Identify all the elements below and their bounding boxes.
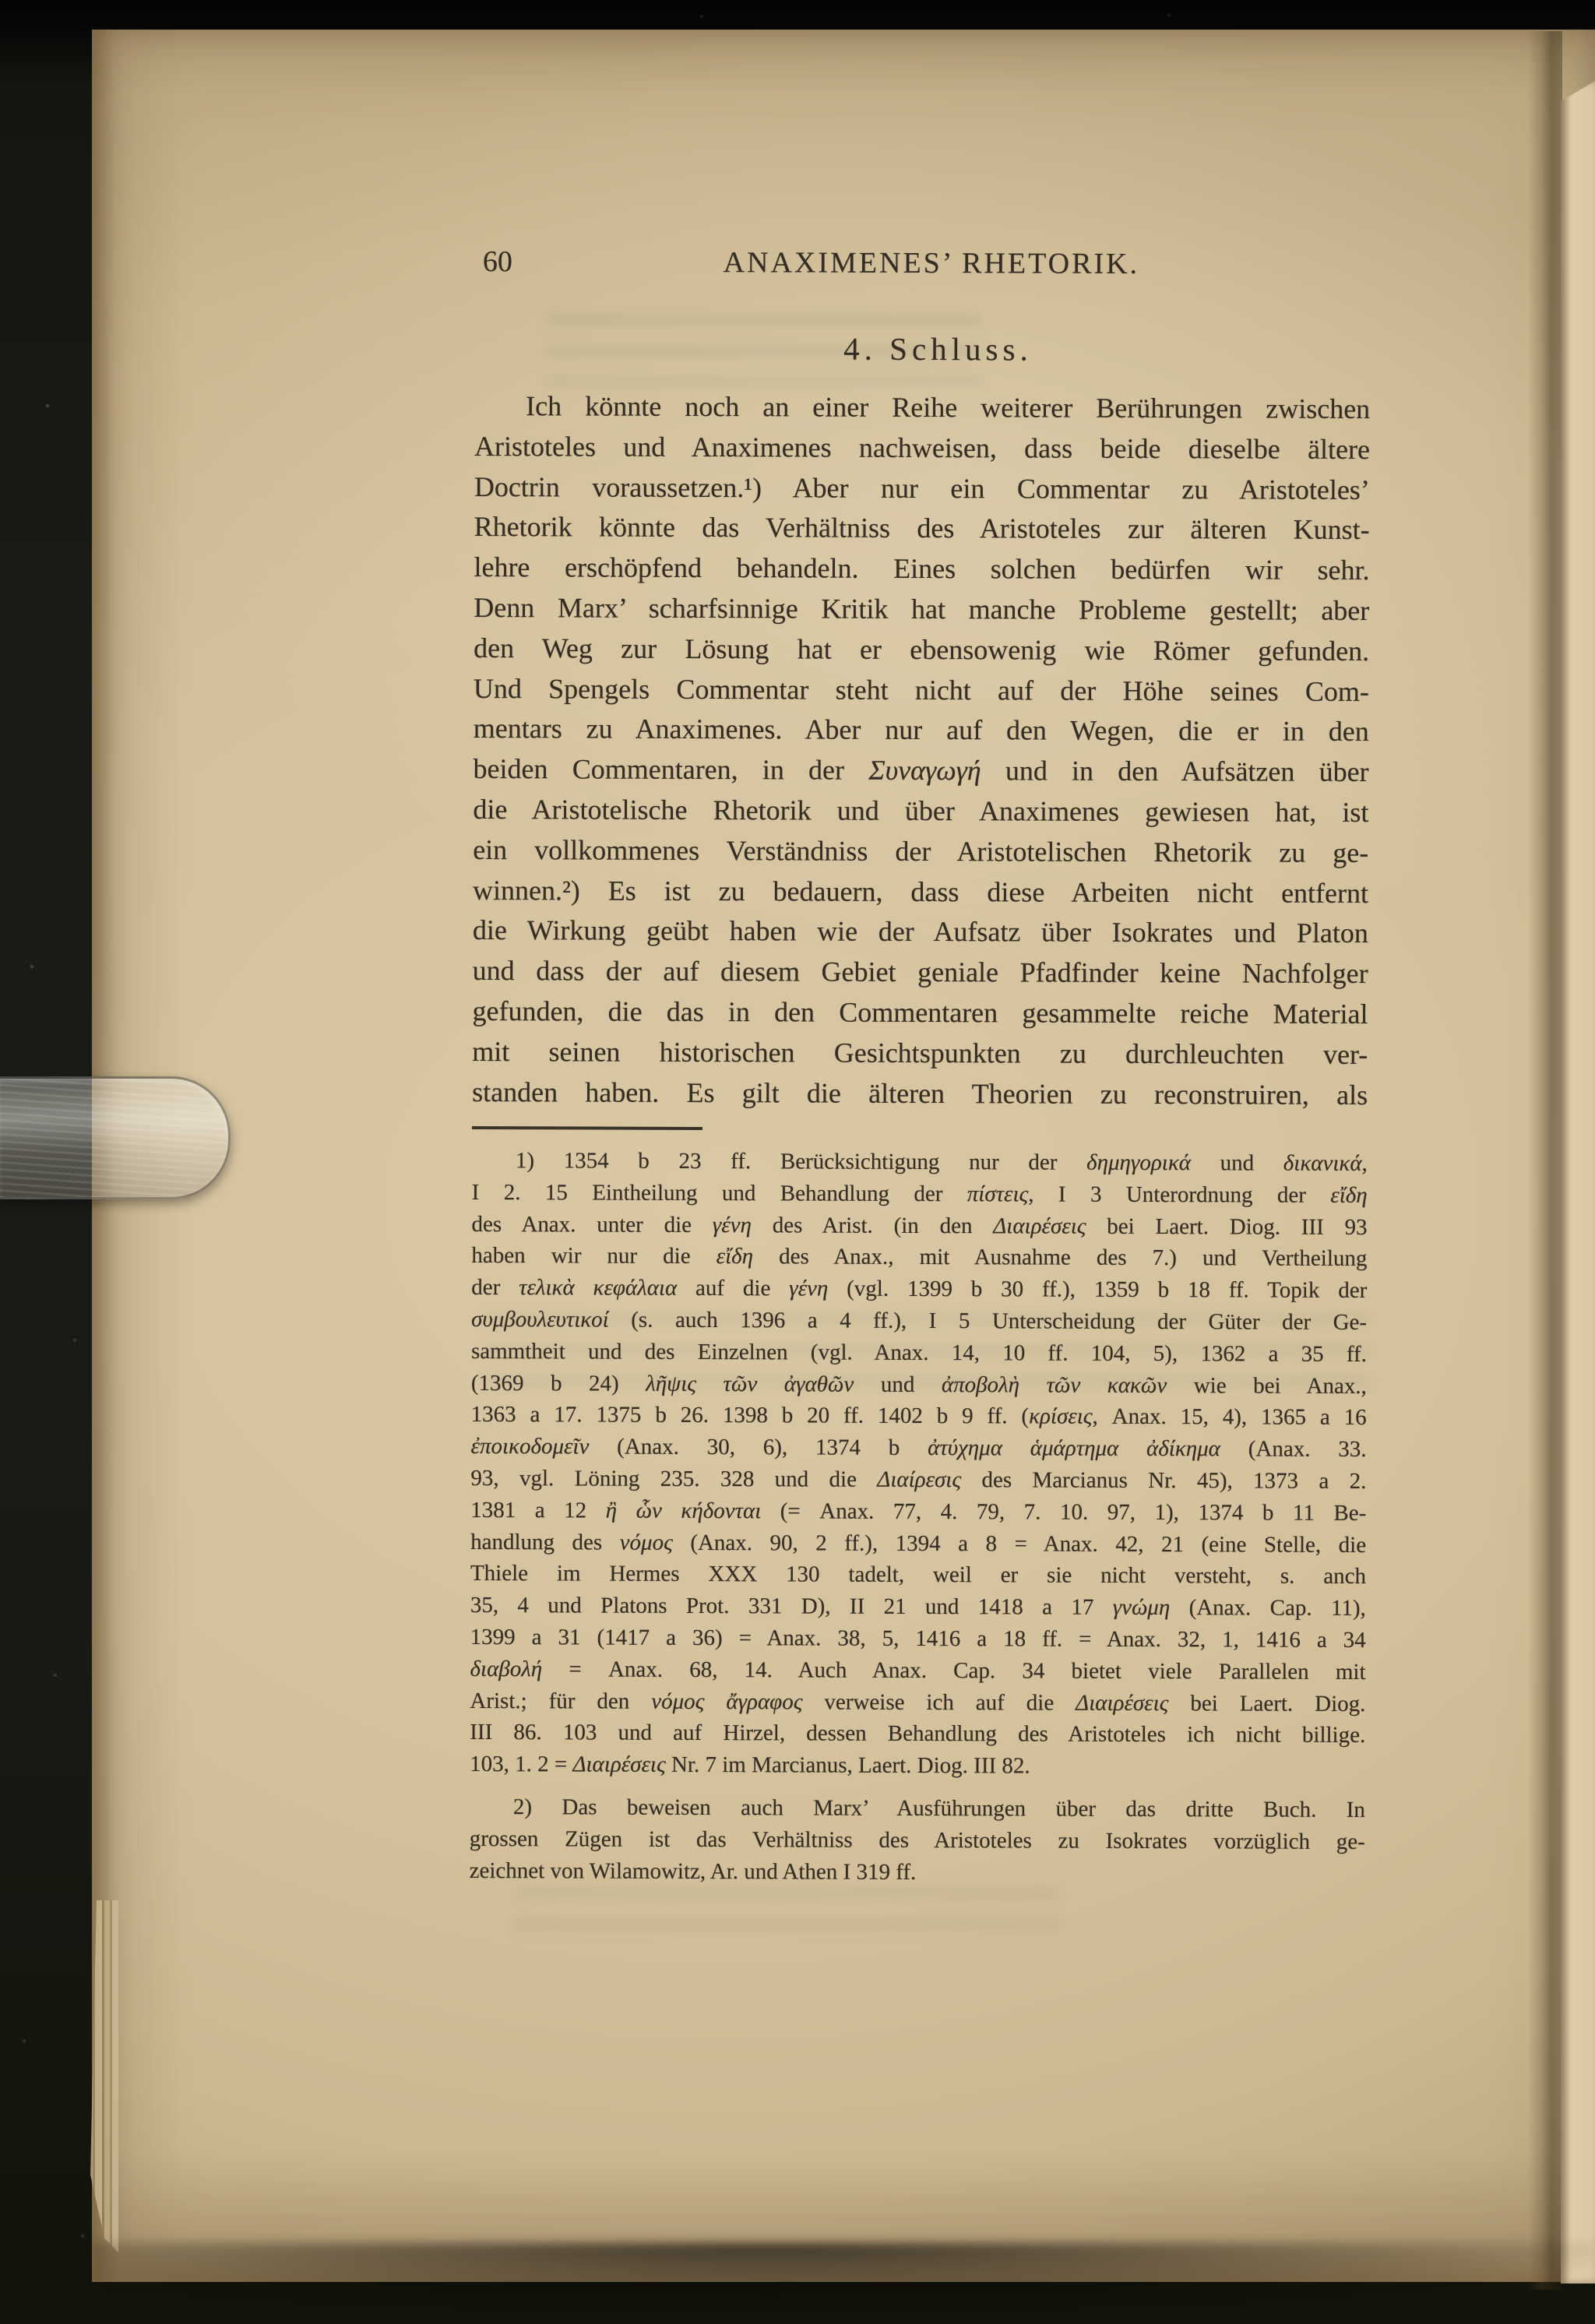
page-number: 60 [483,245,512,279]
text-line: ἐποικοδομεῖν (Anax. 30, 6), 1374 b ἀτύχη… [470,1431,1366,1466]
text-line: handlung des νόμος (Anax. 90, 2 ff.), 13… [470,1526,1366,1562]
text-line: haben wir nur die εἴδη des Anax., mit Au… [471,1240,1367,1275]
text-line: ein vollkommenes Verständniss der Aristo… [473,830,1368,874]
text-line: Doctrin voraussetzen.¹) Aber nur ein Com… [474,467,1370,511]
text-line: des Anax. unter die γένη des Arist. (in … [471,1209,1367,1244]
text-line: 1363 a 17. 1375 b 26. 1398 b 20 ff. 1402… [471,1399,1367,1434]
text-line: Aristoteles und Anaximenes nachweisen, d… [474,427,1370,470]
text-line: 2) Das beweisen auch Marx’ Ausführungen … [470,1791,1365,1826]
text-line: den Weg zur Lösung hat er ebensowenig wi… [474,629,1369,672]
text-line: Arist.; für den νόμος ἄγραφος verweise i… [470,1685,1365,1720]
gutter-crease [1528,31,1562,2290]
text-line: 103, 1. 2 = Διαιρέσεις Nr. 7 im Marcianu… [470,1748,1365,1783]
showthrough-smudge [514,1888,1059,1933]
text-line: grossen Zügen ist das Verhältniss des Ar… [470,1823,1365,1858]
text-line: Denn Marx’ scharfsinnige Kritik hat manc… [474,588,1369,632]
running-header: ANAXIMENES’ RHETORIK. [724,245,1140,281]
text-line: (1369 b 24) λῆψις τῶν ἀγαθῶν und ἀποβολὴ… [471,1368,1367,1403]
adjacent-page-edge [1561,81,1595,2284]
text-line: und dass der auf diesem Gebiet geniale P… [473,951,1368,995]
text-line: lehre erschöpfend behandeln. Eines solch… [474,548,1369,591]
page-bottom-shadow [93,2243,1595,2310]
text-line: 93, vgl. Löning 235. 328 und die Διαίρεσ… [470,1463,1366,1498]
page-holder-strip[interactable] [0,1076,231,1199]
text-line: συμβουλευτικοί (s. auch 1396 a 4 ff.), I… [471,1304,1367,1339]
text-line: I 2. 15 Eintheilung und Behandlung der π… [472,1177,1368,1212]
text-line: διαβολή = Anax. 68, 14. Auch Anax. Cap. … [470,1653,1365,1688]
footnote-2: 2) Das beweisen auch Marx’ Ausführungen … [470,1791,1365,1889]
text-line: III 86. 103 und auf Hirzel, dessen Behan… [470,1717,1365,1752]
text-line: sammtheit und des Einzelnen (vgl. Anax. … [471,1336,1367,1371]
book-scan-photo: 60 ANAXIMENES’ RHETORIK. 4. Schluss. Ich… [0,0,1595,2324]
text-line: 1381 a 12 ἢ ὧν κήδονται (= Anax. 77, 4. … [470,1495,1366,1530]
text-line: Rhetorik könnte das Verhältniss des Aris… [474,507,1370,551]
body-paragraph: Ich könnte noch an einer Reihe weiterer … [472,386,1370,1115]
dust-speckles [0,0,2,2]
footnote-1: 1) 1354 b 23 ff. Berücksichtigung nur de… [470,1145,1368,1783]
text-line: der τελικὰ κεφάλαια auf die γένη (vgl. 1… [471,1272,1367,1307]
text-line: gefunden, die das in den Commentaren ges… [472,991,1368,1035]
text-line: Und Spengels Commentar steht nicht auf d… [474,669,1369,713]
text-line: 35, 4 und Platons Prot. 331 D), II 21 un… [470,1590,1366,1625]
text-line: Ich könnte noch an einer Reihe weiterer … [474,386,1370,430]
text-line: die Wirkung geübt haben wie der Aufsatz … [473,910,1368,954]
text-line: winnen.²) Es ist zu bedauern, dass diese… [473,871,1368,914]
text-line: zeichnet von Wilamowitz, Ar. und Athen I… [470,1855,1365,1890]
text-line: die Aristotelische Rhetorik und über Ana… [473,790,1368,833]
text-line: mentars zu Anaximenes. Aber nur auf den … [474,709,1369,752]
text-line: standen haben. Es gilt die älteren Theor… [472,1072,1368,1116]
page-header: 60 ANAXIMENES’ RHETORIK. [475,245,1371,288]
text-line: Thiele im Hermes XXX 130 tadelt, weil er… [470,1558,1366,1593]
text-line: 1399 a 31 (1417 a 36) = Anax. 38, 5, 141… [470,1622,1366,1657]
text-line: mit seinen historischen Gesichtspunkten … [472,1032,1368,1076]
text-line: beiden Commentaren, in der Συναγωγή und … [474,749,1369,793]
text-line: 1) 1354 b 23 ff. Berücksichtigung nur de… [472,1145,1368,1180]
section-heading: 4. Schluss. [505,329,1370,369]
